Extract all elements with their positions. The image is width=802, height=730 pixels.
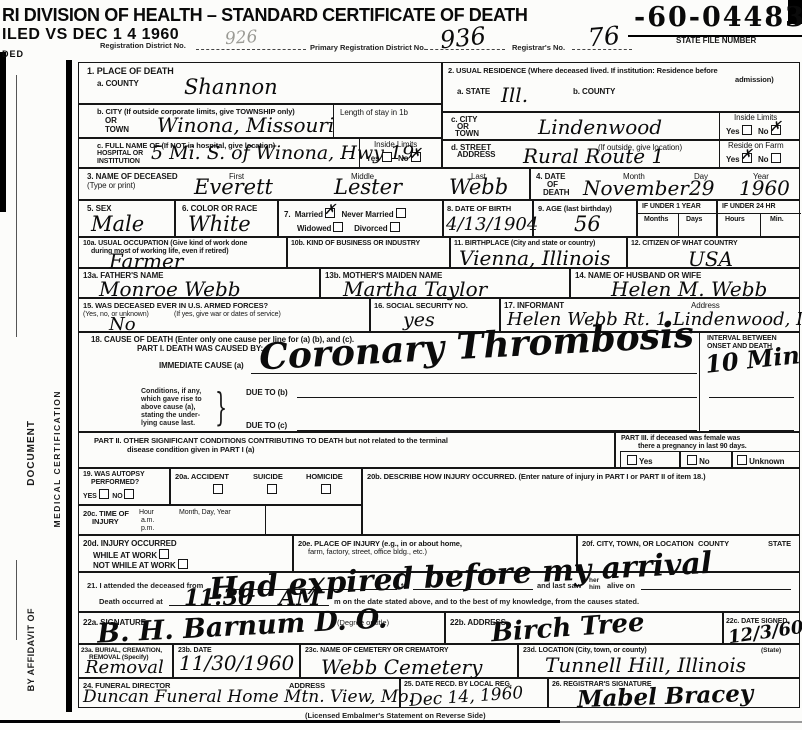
field-physician-signature: 22a. SIGNATURE (Degree or title) B. H. B… bbox=[78, 612, 445, 644]
field-date-received: 25. DATE RECD. BY LOCAL REG. Dec 14, 196… bbox=[400, 678, 548, 708]
field-fathers-name: 13a. FATHER'S NAME Monroe Webb bbox=[78, 268, 320, 298]
interval-divider bbox=[699, 333, 700, 433]
registrar-no-value: 76 bbox=[587, 21, 621, 53]
deceased-name-label: 3. NAME OF DECEASED bbox=[87, 172, 178, 181]
county-label: a. COUNTY bbox=[97, 79, 139, 88]
under24-divider-v bbox=[760, 213, 761, 238]
under-24-hr-label: IF UNDER 24 HR bbox=[722, 203, 775, 210]
never-married-checkbox bbox=[396, 208, 406, 218]
months-label: Months bbox=[644, 216, 668, 223]
street-address-value: Rural Route 1 bbox=[523, 144, 664, 168]
field-autopsy: 19. WAS AUTOPSY PERFORMED? YES NO bbox=[78, 468, 170, 505]
interval-label-1: INTERVAL BETWEEN bbox=[707, 335, 777, 342]
field-date-of-birth: 8. DATE OF BIRTH 4/13/1904 bbox=[443, 200, 533, 237]
autopsy-no-checkbox bbox=[124, 489, 134, 499]
min-label: Min. bbox=[770, 216, 784, 223]
county-value: Shannon bbox=[184, 75, 278, 99]
field-burial-type: 23a. BURIAL, CREMATION, REMOVAL (Specify… bbox=[78, 644, 173, 678]
inside-limits-box-1c: Inside Limits Yes No ✗ bbox=[359, 138, 442, 168]
autopsy-options: YES NO bbox=[83, 489, 134, 500]
race-value: White bbox=[188, 212, 251, 236]
bottom-band-light bbox=[560, 721, 802, 723]
date-of-death-label-3: DEATH bbox=[543, 188, 569, 197]
registration-district-line bbox=[196, 49, 306, 50]
field-name-of-deceased: 3. NAME OF DECEASED (Type or print) Firs… bbox=[78, 168, 530, 200]
am-label: a.m. bbox=[141, 517, 154, 524]
attended-line-3 bbox=[641, 589, 791, 590]
burial-label-1: 23a. BURIAL, CREMATION, bbox=[81, 647, 162, 654]
farm-yes-checkbox: ✗ bbox=[742, 153, 752, 163]
place-of-injury-label-2: farm, factory, street, office bldg., etc… bbox=[308, 547, 427, 556]
margin-document-label: DOCUMENT bbox=[26, 420, 37, 486]
armed-forces-sub2: (If yes, give war or dates of service) bbox=[174, 311, 281, 318]
field-physician-address: 22b. ADDRESS Birch Tree bbox=[445, 612, 723, 644]
field-sex: 5. SEX Male bbox=[78, 200, 175, 237]
due-to-c-line-2 bbox=[709, 430, 794, 431]
pregnancy-yes-cell: Yes bbox=[620, 451, 680, 469]
not-while-at-work-checkbox bbox=[178, 559, 188, 569]
pregnancy-unknown-option: Unknown bbox=[737, 455, 784, 466]
death-occurred-label: Death occurred at bbox=[99, 597, 163, 606]
part3-label-2: there a pregnancy in last 90 days. bbox=[638, 443, 747, 450]
length-of-stay-label: Length of stay in 1b bbox=[340, 108, 408, 117]
due-to-c-label: DUE TO (c) bbox=[246, 421, 287, 430]
burial-value: Removal bbox=[85, 657, 164, 678]
field-time-of-injury: 20c. TIME OF INJURY Hour a.m. p.m. Month… bbox=[78, 505, 362, 535]
part2-label-2: disease condition given in PART I (a) bbox=[127, 445, 254, 454]
describe-injury-label: 20b. DESCRIBE HOW INJURY OCCURRED. (Ente… bbox=[367, 472, 705, 481]
inside-limits-no-checkbox-1c: ✗ bbox=[411, 152, 421, 162]
registration-district-value: 926 bbox=[224, 27, 258, 49]
cemetery-location-value: Tunnell Hill, Illinois bbox=[545, 653, 746, 677]
pregnancy-unknown-cell: Unknown bbox=[732, 451, 800, 469]
first-name-value: Everett bbox=[194, 175, 273, 199]
pregnancy-no-checkbox bbox=[687, 455, 697, 465]
burial-date-value: 11/30/1960 bbox=[179, 651, 294, 675]
due-to-c-line bbox=[297, 430, 697, 431]
physician-address-value: Birch Tree bbox=[490, 608, 645, 649]
field-residence-city: c. CITY OR TOWN Lindenwood Inside Limits… bbox=[442, 112, 800, 140]
death-day-value: 29 bbox=[689, 176, 714, 200]
field-if-under-1-year: IF UNDER 1 YEAR Months Days bbox=[637, 200, 717, 237]
field-citizen-of: 12. CITIZEN OF WHAT COUNTRY USA bbox=[627, 237, 800, 268]
field-husband-or-wife: 14. NAME OF HUSBAND OR WIFE Helen M. Web… bbox=[570, 268, 800, 298]
cemetery-label: 23c. NAME OF CEMETERY OR CREMATORY bbox=[305, 647, 449, 654]
inside-limits-options-2c: Yes No ✗ bbox=[726, 125, 781, 136]
conditions-line-2: which gave rise to bbox=[141, 396, 202, 403]
field-accident-suicide-homicide: 20a. ACCIDENT SUICIDE HOMICIDE bbox=[170, 468, 362, 505]
inside-limits-yes-checkbox-2c bbox=[742, 125, 752, 135]
homicide-checkbox bbox=[321, 484, 331, 494]
city-town-value: Winona, Missouri bbox=[157, 113, 334, 137]
divorced-checkbox bbox=[390, 222, 400, 232]
sex-value: Male bbox=[91, 212, 144, 236]
place-of-death-title: 1. PLACE OF DEATH bbox=[87, 66, 174, 76]
death-certificate-scan: RI DIVISION OF HEALTH – STANDARD CERTIFI… bbox=[0, 0, 802, 730]
city-town-word: TOWN bbox=[105, 125, 129, 134]
field-attended-statement: 21. I attended the deceased from to and … bbox=[78, 572, 800, 612]
hospital-label-2: HOSPITAL OR bbox=[97, 150, 143, 157]
inside-limits-box-2c: Inside Limits Yes No ✗ bbox=[719, 112, 801, 140]
field-kind-of-business: 10b. KIND OF BUSINESS OR INDUSTRY bbox=[287, 237, 450, 268]
conditions-line-1: Conditions, if any, bbox=[141, 388, 201, 395]
occupation-label-1: 10a. USUAL OCCUPATION (Give kind of work… bbox=[83, 240, 247, 247]
street-address-label-2: ADDRESS bbox=[457, 150, 495, 159]
birthplace-value: Vienna, Illinois bbox=[459, 246, 610, 270]
reside-on-farm-label: Reside on Farm bbox=[728, 141, 784, 150]
bottom-band bbox=[0, 720, 560, 723]
field-cemetery-name: 23c. NAME OF CEMETERY OR CREMATORY Webb … bbox=[300, 644, 518, 678]
residence-state-label: a. STATE bbox=[457, 87, 490, 96]
field-place-of-death-county: 1. PLACE OF DEATH a. COUNTY Shannon bbox=[78, 62, 442, 104]
embalmer-note: (Licensed Embalmer's Statement on Revers… bbox=[305, 711, 486, 720]
field-date-of-death: 4. DATE OF DEATH Month Day Year November… bbox=[530, 168, 800, 200]
death-year-value: 1960 bbox=[739, 176, 790, 200]
not-while-at-work-row: NOT WHILE AT WORK bbox=[93, 559, 188, 570]
usual-residence-title: 2. USUAL RESIDENCE (Where deceased lived… bbox=[448, 66, 718, 75]
while-at-work-checkbox bbox=[159, 549, 169, 559]
injury-occurred-label: 20d. INJURY OCCURRED bbox=[83, 539, 177, 548]
citizen-label: 12. CITIZEN OF WHAT COUNTRY bbox=[631, 240, 738, 247]
injury-state-label: STATE bbox=[768, 539, 791, 548]
due-to-b-line-2 bbox=[709, 397, 794, 398]
autopsy-yes-checkbox bbox=[99, 489, 109, 499]
part2-label-1: PART II. OTHER SIGNIFICANT CONDITIONS CO… bbox=[94, 436, 448, 445]
conditions-line-3: above cause (a), bbox=[141, 404, 195, 411]
field-cause-of-death: 18. CAUSE OF DEATH (Enter only one cause… bbox=[78, 332, 800, 432]
homicide-label: HOMICIDE bbox=[306, 472, 343, 481]
registrar-signature-value: Mabel Bracey bbox=[577, 680, 754, 713]
inside-limits-options-1c: Yes No ✗ bbox=[366, 152, 421, 163]
death-time-value: 11:30 bbox=[184, 585, 253, 611]
field-residence-street: d. STREET ADDRESS (If outside, give loca… bbox=[442, 140, 800, 168]
residence-state-value: Ill. bbox=[501, 83, 528, 107]
hours-label: Hours bbox=[725, 216, 745, 223]
field-part2: PART II. OTHER SIGNIFICANT CONDITIONS CO… bbox=[78, 432, 615, 468]
city-or-label: OR bbox=[105, 116, 117, 125]
primary-registration-label: Primary Registration District No. bbox=[310, 43, 426, 52]
field-injury-at-work: 20d. INJURY OCCURRED WHILE AT WORK NOT W… bbox=[78, 535, 293, 572]
field-funeral-director: 24. FUNERAL DIRECTOR ADDRESS Duncan Fune… bbox=[78, 678, 400, 708]
page-title: RI DIVISION OF HEALTH – STANDARD CERTIFI… bbox=[2, 5, 527, 26]
time-of-injury-divider bbox=[265, 506, 266, 536]
pregnancy-no-cell: No bbox=[680, 451, 732, 469]
field-birthplace: 11. BIRTHPLACE (City and state or countr… bbox=[450, 237, 627, 268]
marital-row-1: 7. Married ✗ Never Married bbox=[284, 208, 406, 219]
part3-label-1: PART III. if deceased was female was bbox=[621, 435, 740, 442]
margin-line-2 bbox=[16, 560, 17, 640]
margin-medical-certification-label: MEDICAL CERTIFICATION bbox=[52, 390, 62, 527]
field-hospital-name: c. FULL NAME OF (If NOT in hospital, giv… bbox=[78, 138, 442, 168]
armed-forces-label: 15. WAS DECEASED EVER IN U.S. ARMED FORC… bbox=[83, 301, 268, 310]
middle-name-value: Lester bbox=[334, 175, 402, 199]
field-marital-status: 7. Married ✗ Never Married Widowed Divor… bbox=[278, 200, 443, 237]
ded-stamp: DED bbox=[2, 49, 24, 59]
left-heavy-rule bbox=[66, 60, 72, 712]
marital-row-2: Widowed Divorced bbox=[297, 222, 400, 233]
deceased-name-sub: (Type or print) bbox=[87, 181, 135, 190]
residence-county-label: b. COUNTY bbox=[573, 87, 615, 96]
margin-line bbox=[16, 75, 17, 337]
suicide-checkbox bbox=[267, 484, 277, 494]
pregnancy-no-option: No bbox=[687, 455, 710, 466]
field-place-of-death-city: b. CITY (If outside corporate limits, gi… bbox=[78, 104, 442, 138]
residence-city-town: TOWN bbox=[455, 129, 479, 138]
conditions-line-5: lying cause last. bbox=[141, 420, 195, 427]
field-usual-occupation: 10a. USUAL OCCUPATION (Give kind of work… bbox=[78, 237, 287, 268]
left-edge-mark bbox=[0, 52, 6, 212]
pm-label: p.m. bbox=[141, 525, 154, 532]
field-registrar-signature: 26. REGISTRAR'S SIGNATURE Mabel Bracey bbox=[548, 678, 800, 708]
field-mothers-maiden-name: 13b. MOTHER'S MAIDEN NAME Martha Taylor bbox=[320, 268, 570, 298]
primary-registration-value: 936 bbox=[439, 22, 487, 55]
part1-label: PART I. DEATH WAS CAUSED BY: bbox=[137, 344, 263, 353]
due-to-b-line bbox=[297, 397, 697, 398]
under1-divider-v bbox=[678, 213, 679, 238]
pregnancy-unknown-checkbox bbox=[737, 455, 747, 465]
dob-value: 4/13/1904 bbox=[446, 214, 538, 235]
field-usual-residence: 2. USUAL RESIDENCE (Where deceased lived… bbox=[442, 62, 800, 112]
field-age: 9. AGE (last birthday) 56 bbox=[533, 200, 637, 237]
reside-on-farm-options: Yes ✗ No bbox=[726, 153, 781, 164]
dob-label: 8. DATE OF BIRTH bbox=[447, 204, 511, 213]
days-label: Days bbox=[686, 216, 702, 223]
funeral-director-value: Duncan Funeral Home Mtn. View, Mo. bbox=[83, 687, 414, 707]
cemetery-location-state-label: (State) bbox=[761, 647, 781, 654]
cemetery-value: Webb Cemetery bbox=[321, 655, 482, 679]
pregnancy-yes-checkbox bbox=[627, 455, 637, 465]
state-file-number: -60-044836 bbox=[628, 2, 802, 37]
length-of-stay-box: Length of stay in 1b bbox=[333, 104, 442, 138]
margin-by-affidavit-label: BY AFFIDAVIT OF bbox=[26, 608, 36, 691]
field-describe-injury: 20b. DESCRIBE HOW INJURY OCCURRED. (Ente… bbox=[362, 468, 800, 535]
conditions-brace: } bbox=[215, 385, 227, 429]
field-if-under-24-hr: IF UNDER 24 HR Hours Min. bbox=[717, 200, 800, 237]
hour-label: Hour bbox=[139, 509, 154, 516]
farm-no-checkbox bbox=[771, 153, 781, 163]
under-1-year-label: IF UNDER 1 YEAR bbox=[642, 203, 701, 210]
reside-on-farm-box: Reside on Farm Yes ✗ No bbox=[719, 140, 801, 168]
field-date-signed: 22c. DATE SIGNED 12/3/60 bbox=[723, 612, 800, 644]
time-of-injury-label-2: INJURY bbox=[92, 517, 119, 526]
field-burial-date: 23b. DATE 11/30/1960 bbox=[173, 644, 300, 678]
married-checkbox: ✗ bbox=[325, 208, 335, 218]
field-part3: PART III. if deceased was female was the… bbox=[615, 432, 800, 468]
immediate-cause-label: IMMEDIATE CAUSE (a) bbox=[159, 361, 244, 370]
usual-residence-title-2: admission) bbox=[735, 75, 774, 84]
hospital-label-3: INSTITUTION bbox=[97, 158, 140, 165]
last-name-value: Webb bbox=[449, 175, 508, 199]
field-cemetery-location: 23d. LOCATION (City, town, or county) (S… bbox=[518, 644, 800, 678]
conditions-line-4: stating the under- bbox=[141, 412, 200, 419]
death-month-value: November bbox=[583, 176, 689, 200]
field-color-or-race: 6. COLOR OR RACE White bbox=[175, 200, 278, 237]
age-value: 56 bbox=[574, 212, 601, 236]
widowed-checkbox bbox=[333, 222, 343, 232]
state-file-number-label: STATE FILE NUMBER bbox=[676, 36, 756, 45]
inside-limits-no-checkbox-2c: ✗ bbox=[771, 125, 781, 135]
autopsy-label-1: 19. WAS AUTOPSY bbox=[83, 471, 145, 478]
pregnancy-yes-option: Yes bbox=[627, 455, 652, 466]
inside-limits-yes-checkbox-1c bbox=[382, 152, 392, 162]
registration-district-label: Registration District No. bbox=[100, 41, 186, 50]
residence-city-value: Lindenwood bbox=[538, 115, 662, 139]
registrar-no-label: Registrar's No. bbox=[512, 43, 565, 52]
business-label: 10b. KIND OF BUSINESS OR INDUSTRY bbox=[291, 240, 420, 247]
due-to-b-label: DUE TO (b) bbox=[246, 388, 288, 397]
field-armed-forces: 15. WAS DECEASED EVER IN U.S. ARMED FORC… bbox=[78, 298, 370, 332]
month-day-year-label: Month, Day, Year bbox=[179, 509, 231, 516]
autopsy-label-2: PERFORMED? bbox=[91, 479, 139, 486]
suicide-label: SUICIDE bbox=[253, 472, 283, 481]
accident-checkbox bbox=[213, 484, 223, 494]
accident-label: 20a. ACCIDENT bbox=[175, 472, 229, 481]
